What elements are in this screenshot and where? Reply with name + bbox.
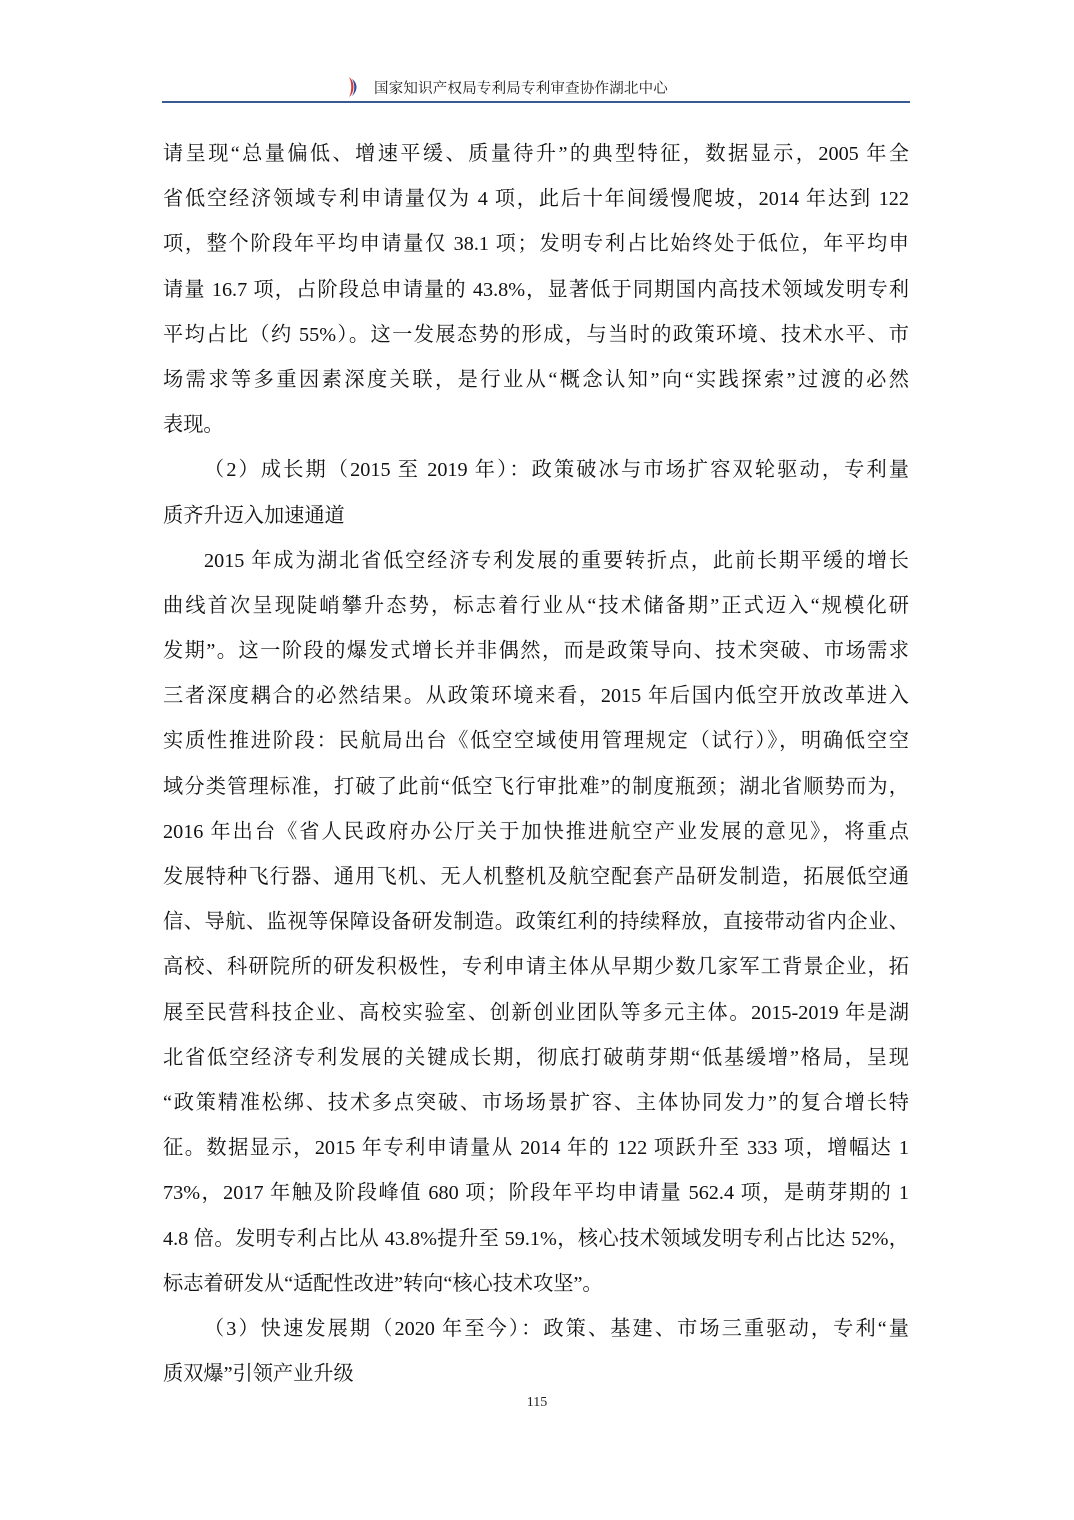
paragraph-growth-period: 2015 年成为湖北省低空经济专利发展的重要转折点，此前长期平缓的增长 曲线首次…	[163, 545, 909, 1313]
text-line: 4.8 倍。发明专利占比从 43.8%提升至 59.1%，核心技术领域发明专利占…	[163, 1223, 909, 1268]
text-line: 曲线首次呈现陡峭攀升态势，标志着行业从“技术储备期”正式迈入“规模化研	[163, 590, 909, 635]
text-line: “政策精准松绑、技术多点突破、市场场景扩容、主体协同发力”的复合增长特	[163, 1087, 909, 1132]
text-line: 北省低空经济专利发展的关键成长期，彻底打破萌芽期“低基缓增”格局，呈现	[163, 1042, 909, 1087]
institution-logo-icon	[346, 76, 360, 98]
text-line: 展至民营科技企业、高校实验室、创新创业团队等多元主体。2015-2019 年是湖	[163, 997, 909, 1042]
page-header: 国家知识产权局专利局专利审查协作湖北中心	[162, 74, 908, 100]
text-line: 2015 年成为湖北省低空经济专利发展的重要转折点，此前长期平缓的增长	[163, 545, 909, 590]
text-line: 表现。	[163, 409, 909, 454]
text-line: 实质性推进阶段：民航局出台《低空空域使用管理规定（试行）》，明确低空空	[163, 725, 909, 770]
text-line: 请呈现“总量偏低、增速平缓、质量待升”的典型特征，数据显示，2005 年全	[163, 138, 909, 183]
text-line: 标志着研发从“适配性改进”转向“核心技术攻坚”。	[163, 1268, 909, 1313]
subheading-line: （3）快速发展期（2020 年至今）：政策、基建、市场三重驱动，专利“量	[163, 1313, 909, 1358]
text-line: 场需求等多重因素深度关联，是行业从“概念认知”向“实践探索”过渡的必然	[163, 364, 909, 409]
text-line: 73%，2017 年触及阶段峰值 680 项；阶段年平均申请量 562.4 项，…	[163, 1177, 909, 1222]
text-line: 省低空经济领域专利申请量仅为 4 项，此后十年间缓慢爬坡，2014 年达到 12…	[163, 183, 909, 228]
header-title: 国家知识产权局专利局专利审查协作湖北中心	[374, 77, 668, 98]
text-line: 发展特种飞行器、通用飞机、无人机整机及航空配套产品研发制造，拓展低空通	[163, 861, 909, 906]
text-line: 项，整个阶段年平均申请量仅 38.1 项；发明专利占比始终处于低位，年平均申	[163, 228, 909, 273]
text-line: 信、导航、监视等保障设备研发制造。政策红利的持续释放，直接带动省内企业、	[163, 906, 909, 951]
text-line: 高校、科研院所的研发积极性，专利申请主体从早期少数几家军工背景企业，拓	[163, 951, 909, 996]
document-body: 请呈现“总量偏低、增速平缓、质量待升”的典型特征，数据显示，2005 年全 省低…	[163, 138, 909, 1403]
text-line: 2016 年出台《省人民政府办公厅关于加快推进航空产业发展的意见》，将重点	[163, 816, 909, 861]
text-line: 请量 16.7 项，占阶段总申请量的 43.8%，显著低于同期国内高技术领域发明…	[163, 274, 909, 319]
text-line: 发期”。这一阶段的爆发式增长并非偶然，而是政策导向、技术突破、市场需求	[163, 635, 909, 680]
header-content: 国家知识产权局专利局专利审查协作湖北中心	[346, 74, 668, 100]
text-line: 征。数据显示，2015 年专利申请量从 2014 年的 122 项跃升至 333…	[163, 1132, 909, 1177]
subheading-line: （2）成长期（2015 至 2019 年）：政策破冰与市场扩容双轮驱动，专利量	[163, 454, 909, 499]
subheading-growth-period: （2）成长期（2015 至 2019 年）：政策破冰与市场扩容双轮驱动，专利量 …	[163, 454, 909, 544]
header-divider	[162, 101, 910, 103]
subheading-line: 质齐升迈入加速通道	[163, 500, 909, 545]
text-line: 平均占比（约 55%）。这一发展态势的形成，与当时的政策环境、技术水平、市	[163, 319, 909, 364]
text-line: 域分类管理标准，打破了此前“低空飞行审批难”的制度瓶颈；湖北省顺势而为，	[163, 771, 909, 816]
paragraph-continued: 请呈现“总量偏低、增速平缓、质量待升”的典型特征，数据显示，2005 年全 省低…	[163, 138, 909, 454]
text-line: 三者深度耦合的必然结果。从政策环境来看，2015 年后国内低空开放改革进入	[163, 680, 909, 725]
subheading-rapid-development-period: （3）快速发展期（2020 年至今）：政策、基建、市场三重驱动，专利“量 质双爆…	[163, 1313, 909, 1403]
page-number: 115	[0, 1395, 1074, 1411]
